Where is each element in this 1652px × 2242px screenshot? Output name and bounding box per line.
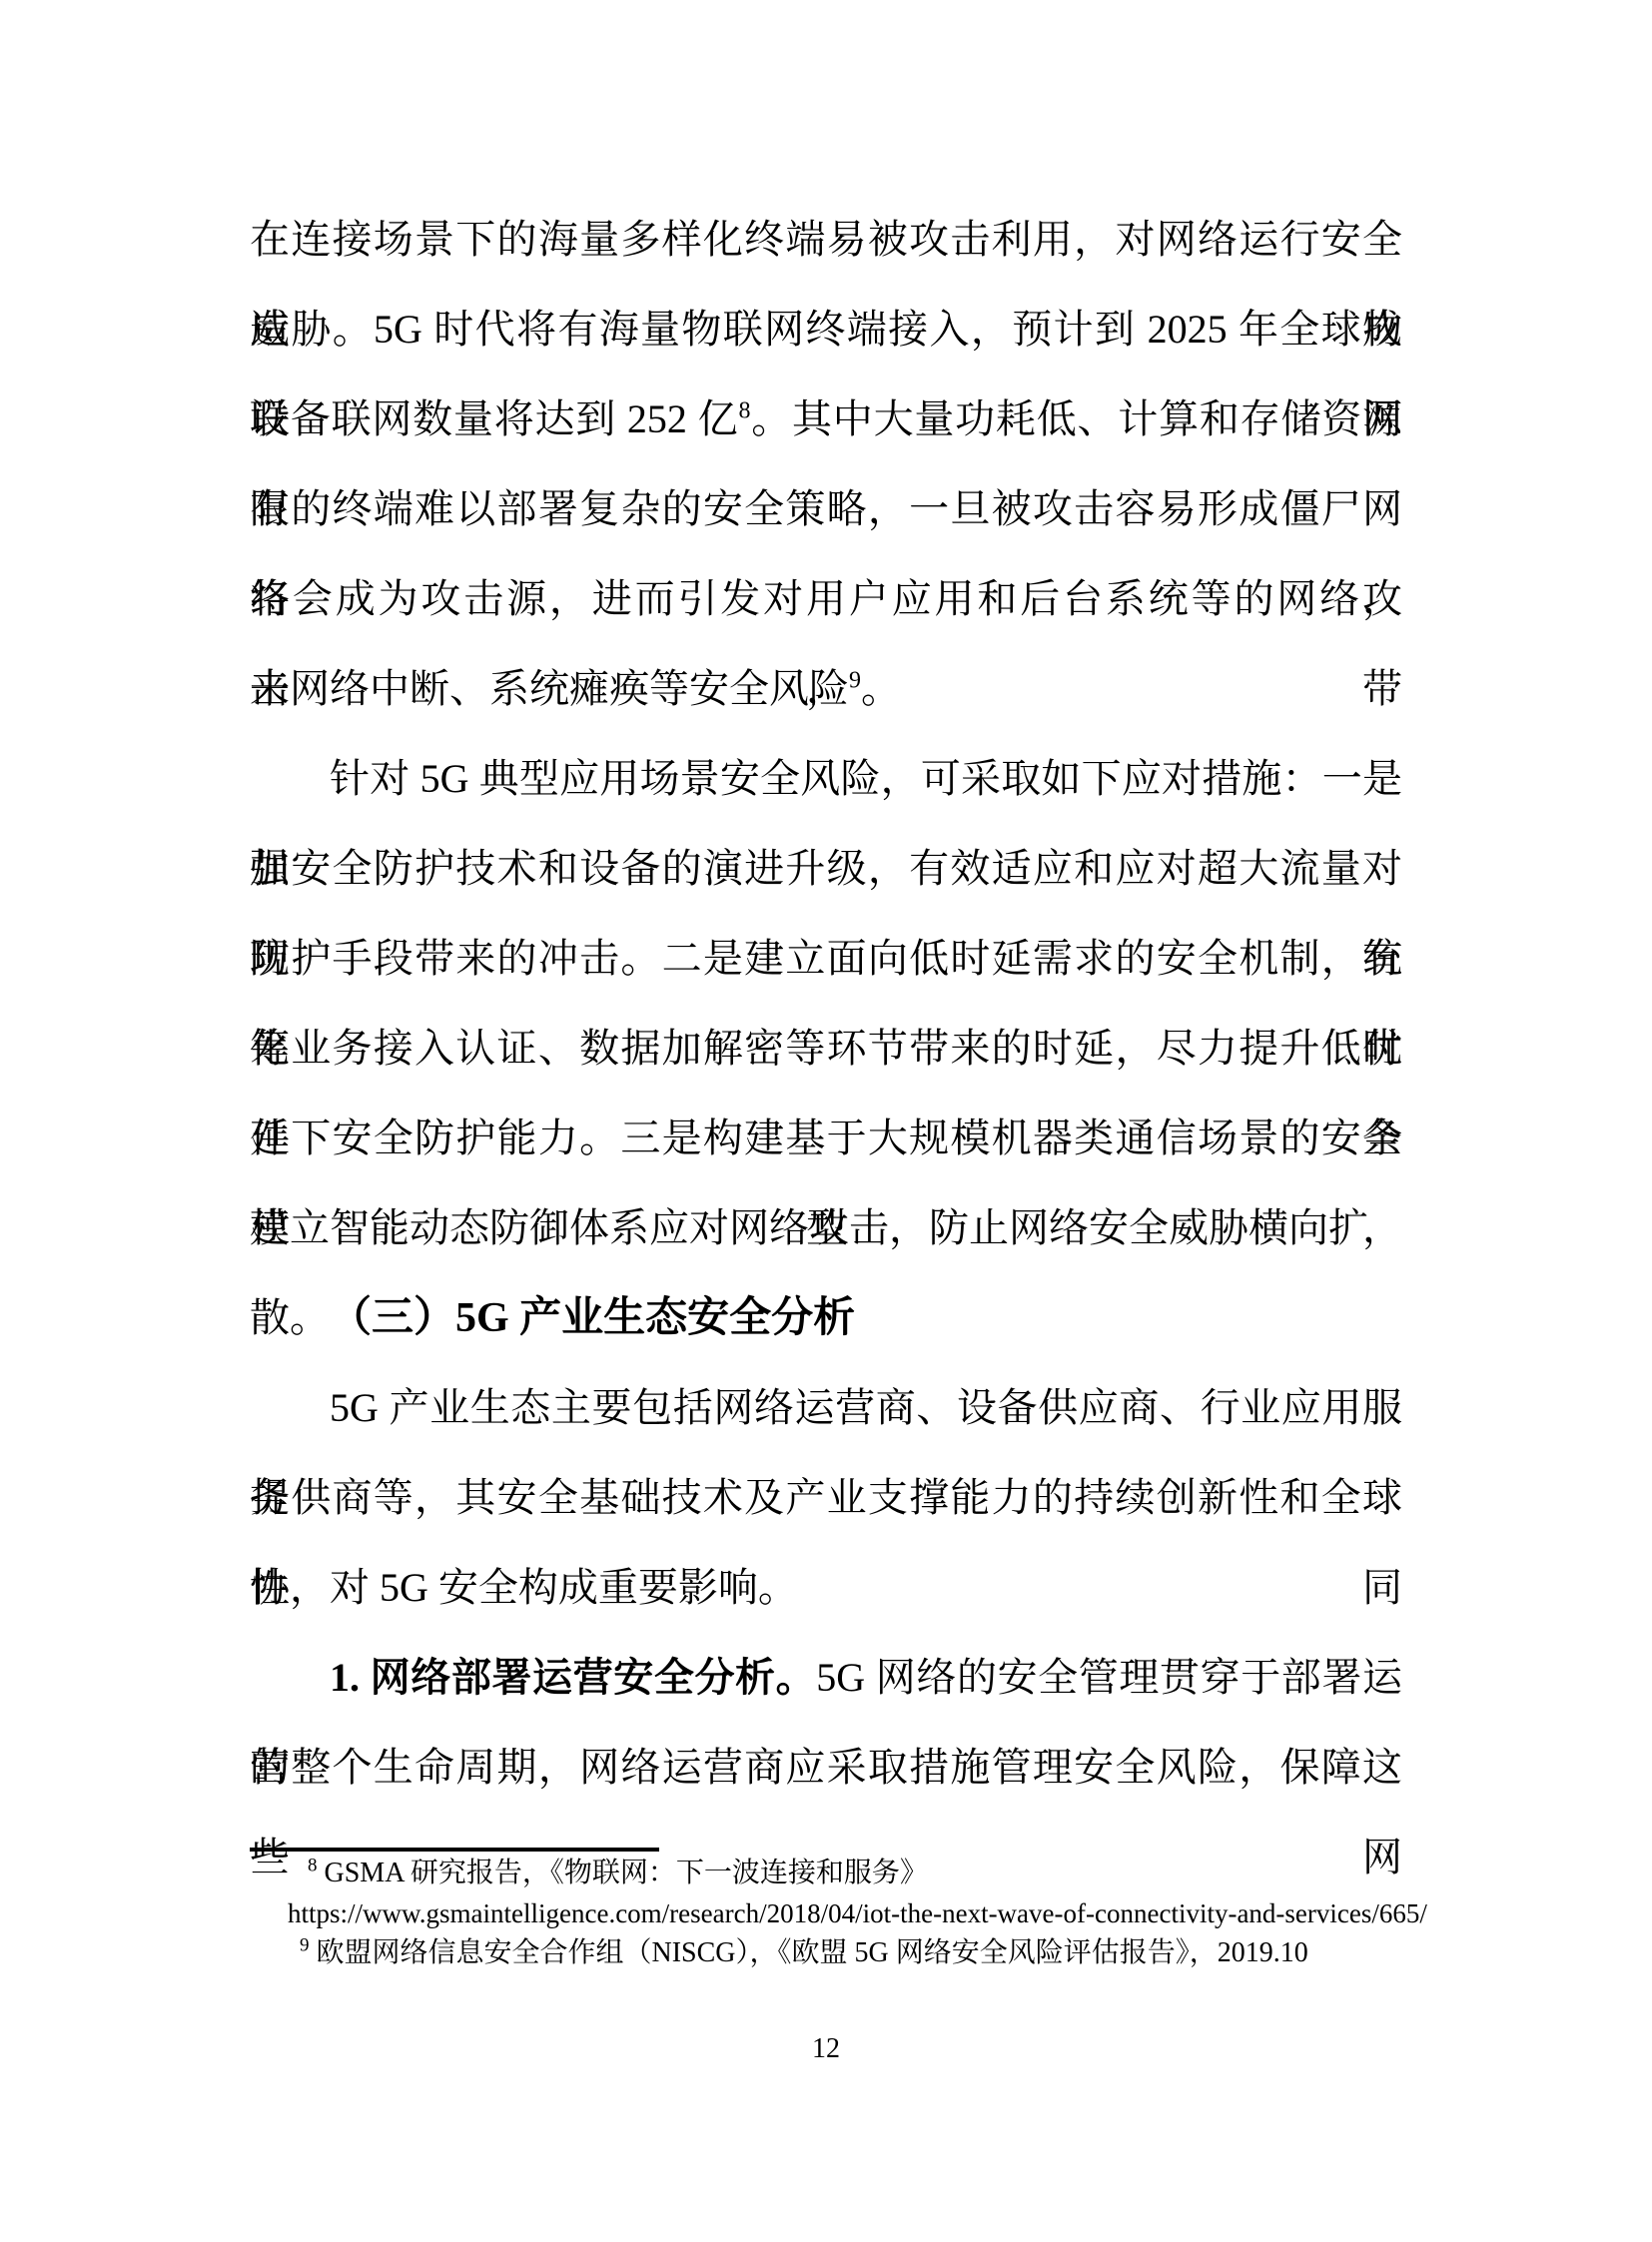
document-page: 在连接场景下的海量多样化终端易被攻击利用，对网络运行安全造成 威胁。5G 时代将… — [0, 0, 1652, 2242]
footnote-ref-9: 9 — [849, 668, 861, 694]
paragraph-line: 设备联网数量将达到 252 亿8。其中大量功耗低、计算和存储资源有 — [250, 374, 1402, 464]
paragraph-line: 1. 网络部署运营安全分析。5G 网络的安全管理贯穿于部署运营 — [250, 1633, 1402, 1723]
paragraph-line: 5G 产业生态主要包括网络运营商、设备供应商、行业应用服务 — [250, 1363, 1402, 1453]
paragraph-line: 化业务接入认证、数据加解密等环节带来的时延，尽力提升低时延条 — [250, 1004, 1402, 1094]
paragraph-line: 针对 5G 典型应用场景安全风险，可采取如下应对措施：一是加 — [250, 734, 1402, 824]
footnote-9: 9 欧盟网络信息安全合作组（NISCG），《欧盟 5G 网络安全风险评估报告》，… — [250, 1933, 1498, 1973]
section-heading: （三）5G 产业生态安全分析 — [250, 1273, 1402, 1363]
page-number: 12 — [0, 2033, 1652, 2065]
footnote-ref-8: 8 — [738, 398, 750, 424]
numbered-item-title: 1. 网络部署运营安全分析。 — [330, 1655, 816, 1700]
line-text: 来网络中断、系统瘫痪等安全风险 — [250, 666, 849, 711]
footnote-text: GSMA 研究报告，《物联网：下一波连接和服务》 — [318, 1858, 928, 1888]
paragraph-line: 的整个生命周期，网络运营商应采取措施管理安全风险，保障这些网 — [250, 1723, 1402, 1813]
paragraph-line: 威胁。5G 时代将有海量物联网终端接入，预计到 2025 年全球物联网 — [250, 285, 1402, 374]
footnote-number-8: 8 — [308, 1856, 318, 1876]
paragraph-line: 防护手段带来的冲击。二是建立面向低时延需求的安全机制，统筹优 — [250, 914, 1402, 1004]
footnote-number-9: 9 — [300, 1935, 310, 1956]
paragraph-line: 限的终端难以部署复杂的安全策略，一旦被攻击容易形成僵尸网络， — [250, 464, 1402, 554]
paragraph-line: 强安全防护技术和设备的演进升级，有效适应和应对超大流量对现有 — [250, 824, 1402, 914]
paragraph-line: 在连接场景下的海量多样化终端易被攻击利用，对网络运行安全造成 — [250, 195, 1402, 285]
footnote-separator — [250, 1848, 659, 1852]
footnote-8-url: https://www.gsmaintelligence.com/researc… — [250, 1893, 1498, 1933]
body-text: 在连接场景下的海量多样化终端易被攻击利用，对网络运行安全造成 威胁。5G 时代将… — [250, 195, 1402, 1813]
paragraph-line: 将会成为攻击源，进而引发对用户应用和后台系统等的网络攻击，带 — [250, 554, 1402, 644]
line-text: 。 — [861, 666, 901, 711]
paragraph-line: 建立智能动态防御体系应对网络攻击，防止网络安全威胁横向扩散。 — [250, 1183, 1402, 1273]
line-text: 设备联网数量将达到 252 亿 — [250, 396, 738, 441]
footnote-text: 欧盟网络信息安全合作组（NISCG），《欧盟 5G 网络安全风险评估报告》，20… — [310, 1937, 1308, 1968]
paragraph-line: 件下安全防护能力。三是构建基于大规模机器类通信场景的安全模型， — [250, 1094, 1402, 1183]
footnotes: 8 GSMA 研究报告，《物联网：下一波连接和服务》 https://www.g… — [250, 1854, 1498, 1973]
footnote-8: 8 GSMA 研究报告，《物联网：下一波连接和服务》 — [250, 1854, 1498, 1893]
paragraph-line: 提供商等，其安全基础技术及产业支撑能力的持续创新性和全球协同 — [250, 1453, 1402, 1543]
